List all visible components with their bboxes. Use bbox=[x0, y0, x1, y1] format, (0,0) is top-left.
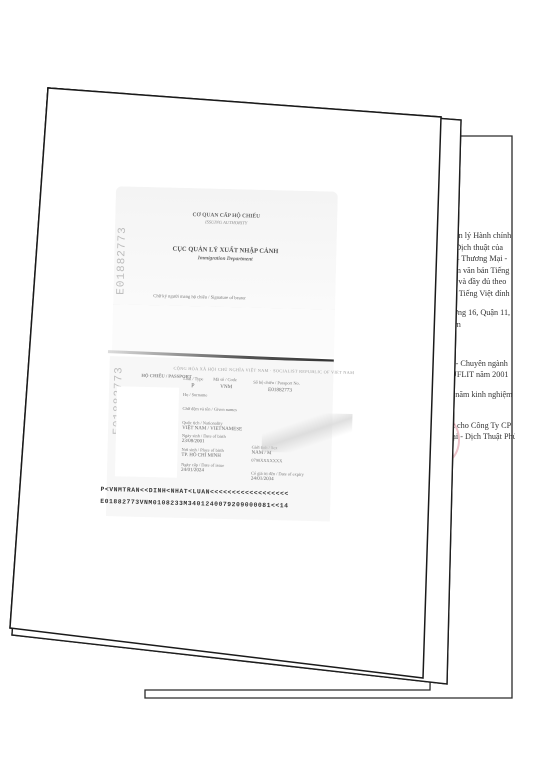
passport-number-value: E01882773 bbox=[268, 387, 292, 394]
type-label: Loại / Type bbox=[183, 376, 203, 381]
id-value: 0790XXXXXXX bbox=[251, 458, 282, 464]
code-value: VNM bbox=[220, 384, 232, 390]
dob-label: Ngày sinh / Date of birth bbox=[182, 433, 226, 439]
passport-photo-area bbox=[115, 386, 179, 477]
code-label: Mã số / Code bbox=[213, 377, 237, 383]
document-stack: Quản lý Hành chính bộ Dịch thuật của ng … bbox=[0, 0, 550, 777]
type-value: P bbox=[191, 383, 194, 389]
surname-label: Họ / Surname bbox=[183, 392, 208, 398]
pob-label: Nơi sinh / Place of birth bbox=[182, 447, 224, 453]
dob-value: 23/08/2001 bbox=[182, 439, 205, 445]
scan-glare bbox=[262, 412, 353, 454]
pob-value: TP. HỒ CHÍ MINH bbox=[181, 453, 221, 459]
doi-label: Ngày cấp / Date of issue bbox=[181, 462, 224, 468]
passport-signature-area bbox=[112, 304, 335, 357]
nationality-label: Quốc tịch / Nationality bbox=[182, 420, 222, 426]
passport-serial-vertical: E01882773 bbox=[115, 226, 129, 295]
doi-value: 24/01/2024 bbox=[181, 468, 204, 474]
passport-scan: E01882773 CƠ QUAN CẤP HỘ CHIẾU ISSUING A… bbox=[100, 186, 338, 522]
doe-value: 24/01/2034 bbox=[251, 477, 274, 483]
